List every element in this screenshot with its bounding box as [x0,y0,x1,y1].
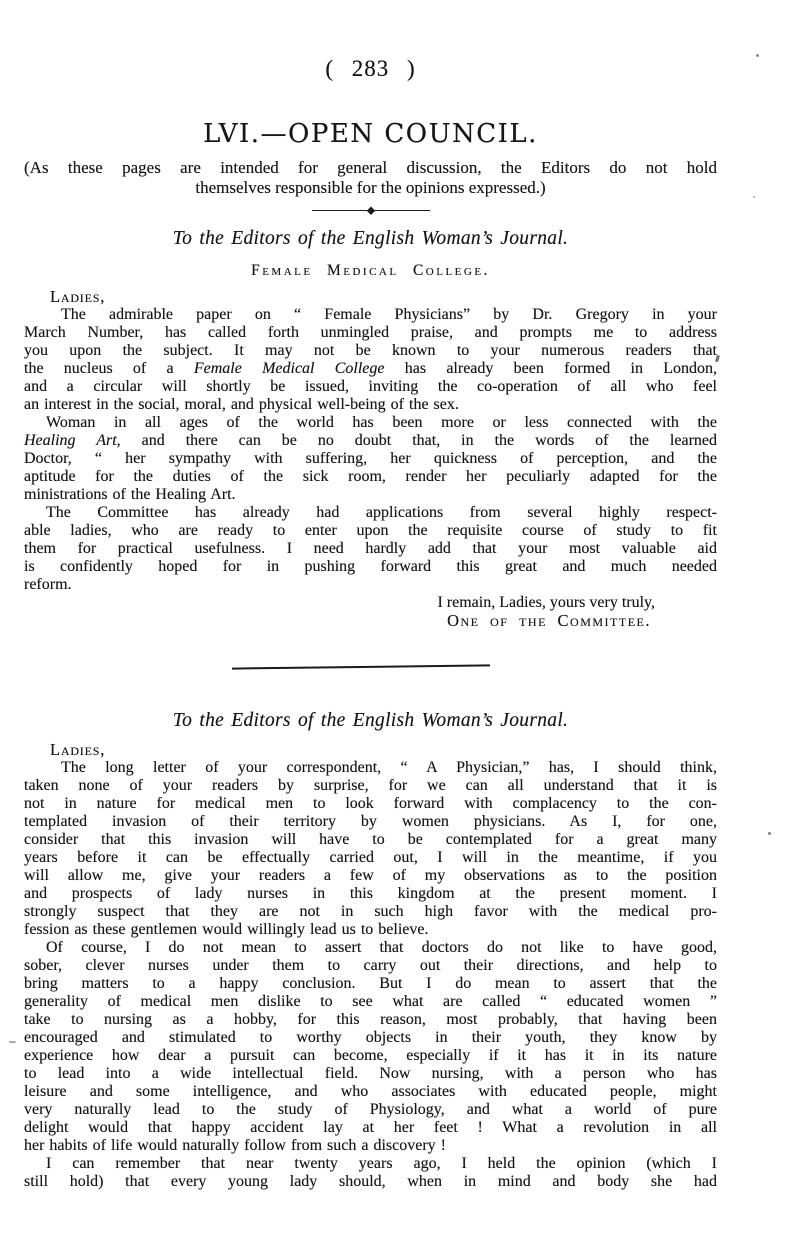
section-divider [312,207,430,216]
text-line: reform. [24,576,717,594]
text-line: very naturally lead to the study of Phys… [24,1101,717,1119]
text-line: fession as these gentlemen would willing… [24,921,717,939]
text-line: sober, clever nurses under them to carry… [24,957,717,975]
text-line: experience how dear a pursuit can become… [24,1047,717,1065]
editorial-note-line: themselves responsible for the opinions … [24,178,717,198]
text-line: them for practical usefulness. I need ha… [24,540,717,558]
letter-first: To the Editors of the English Woman’s Jo… [24,228,717,630]
text-line: The Committee has already had applicatio… [24,504,717,522]
diamond-ornament-icon [366,207,375,216]
closing-line: I remain, Ladies, yours very truly, [24,594,717,612]
text-line: to lead into a wide intellectual field. … [24,1065,717,1083]
letter-paragraph: Of course, I do not mean to assert that … [24,939,717,1155]
page-number: ( 283 ) [24,56,717,82]
text-line: I can remember that near twenty years ag… [24,1155,717,1173]
text-line: strongly suspect that they are not in su… [24,903,717,921]
text-line: aptitude for the duties of the sick room… [24,468,717,486]
scan-speck [753,196,755,198]
scan-speck [756,54,759,57]
text-line: encouraged and stimulated to worthy obje… [24,1029,717,1047]
letter-paragraph: The admirable paper on “ Female Physicia… [24,306,717,414]
text-line: her habits of life would naturally follo… [24,1137,717,1155]
letter-second: To the Editors of the English Woman’s Jo… [24,710,717,1191]
text-line: able ladies, who are ready to enter upon… [24,522,717,540]
text-line: and prospects of lady nurses in this kin… [24,885,717,903]
text-line: generality of medical men dislike to see… [24,993,717,1011]
text-line: Healing Art, and there can be no doubt t… [24,432,717,450]
letter-paragraph: The Committee has already had applicatio… [24,504,717,594]
letter-paragraph: Woman in all ages of the world has been … [24,414,717,504]
text-line: Woman in all ages of the world has been … [24,414,717,432]
letter-paragraph: I can remember that near twenty years ag… [24,1155,717,1191]
scan-speck [768,832,771,835]
letter-body: The long letter of your correspondent, “… [24,759,717,1191]
text-line: leisure and some intelligence, and who a… [24,1083,717,1101]
text-line: delight would that happy accident lay at… [24,1119,717,1137]
letter-closing: I remain, Ladies, yours very truly, One … [24,594,717,630]
text-line: The admirable paper on “ Female Physicia… [24,306,717,324]
salutation: Ladies, [24,741,717,759]
text-line: will allow me, give your readers a few o… [24,867,717,885]
journal-page: ( 283 ) LVI.—OPEN COUNCIL. (As these pag… [0,0,793,1233]
text-line: is confidently hoped for in pushing forw… [24,558,717,576]
article-title: LVI.—OPEN COUNCIL. [24,119,717,149]
text-line: not in nature for medical men to look fo… [24,795,717,813]
editorial-note: (As these pages are intended for general… [24,158,717,197]
text-line: March Number, has called forth unmingled… [24,324,717,342]
text-line: Of course, I do not mean to assert that … [24,939,717,957]
letter-paragraph: The long letter of your correspondent, “… [24,759,717,939]
text-line: taken none of your readers by surprise, … [24,777,717,795]
text-line: an interest in the social, moral, and ph… [24,396,717,414]
text-line: Doctor, “ her sympathy with suffering, h… [24,450,717,468]
text-line: the nucleus of a Female Medical College … [24,360,717,378]
letter-divider [231,664,489,669]
salutation: Ladies, [24,288,717,306]
scan-speck [9,1041,16,1043]
text-line: consider that this invasion will have to… [24,831,717,849]
text-line: The long letter of your correspondent, “… [24,759,717,777]
text-line: still hold) that every young lady should… [24,1173,717,1191]
text-line: templated invasion of their territory by… [24,813,717,831]
letter-heading: To the Editors of the English Woman’s Jo… [24,228,717,250]
text-line: years before it can be effectually carri… [24,849,717,867]
letter-subject: Female Medical College. [24,263,717,279]
text-line: you upon the subject. It may not be know… [24,342,717,360]
scan-speck [715,355,720,362]
text-line: ministrations of the Healing Art. [24,486,717,504]
letter-body: The admirable paper on “ Female Physicia… [24,306,717,594]
text-line: and a circular will shortly be issued, i… [24,378,717,396]
text-line: bring matters to a happy conclusion. But… [24,975,717,993]
letter-heading: To the Editors of the English Woman’s Jo… [24,710,717,732]
editorial-note-line: (As these pages are intended for general… [24,158,717,178]
text-line: take to nursing as a hobby, for this rea… [24,1011,717,1029]
closing-signature: One of the Committee. [24,612,717,630]
